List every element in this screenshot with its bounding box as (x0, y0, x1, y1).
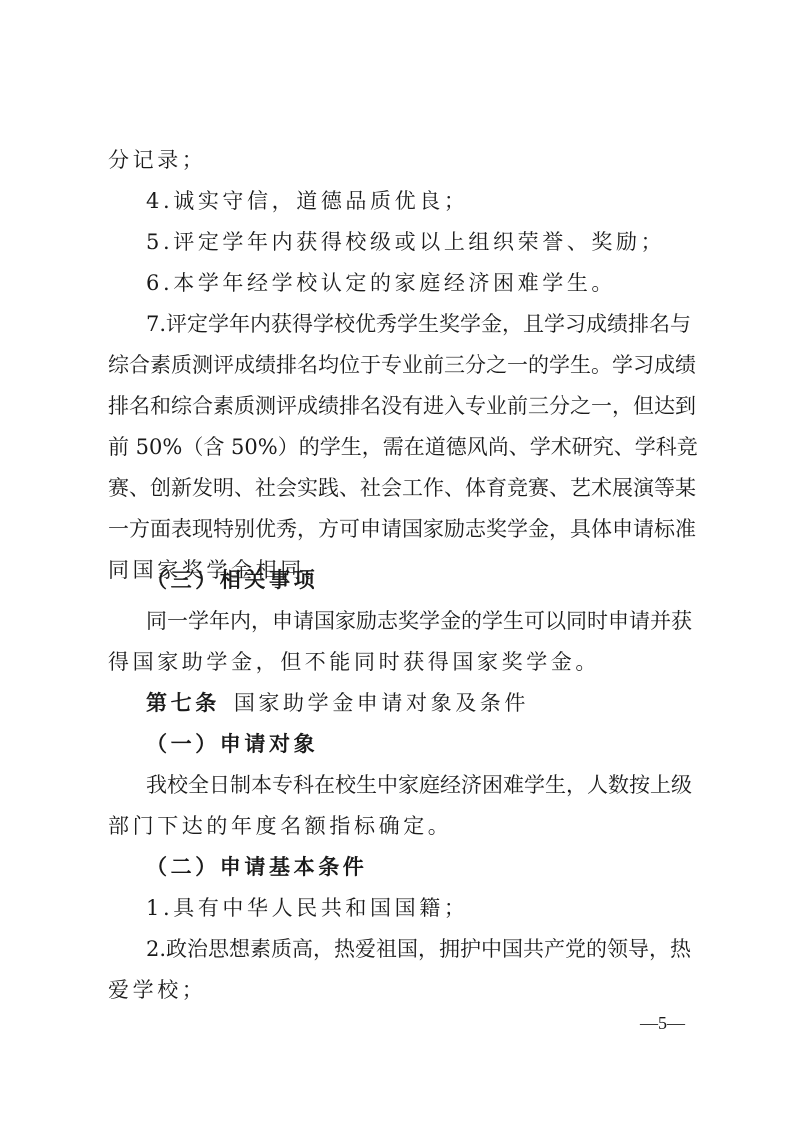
paragraph-line: 得国家助学金，但不能同时获得国家奖学金。 (108, 650, 688, 674)
paragraph-line: 前 50%（含 50%）的学生，需在道德风尚、学术研究、学科竞 (108, 435, 688, 459)
article-number: 第七条 (146, 691, 220, 715)
paragraph-line: 部门下达的年度名额指标确定。 (108, 814, 688, 838)
list-item-1: 1.具有中华人民共和国国籍； (146, 896, 726, 920)
section-heading-applicants: （一）申请对象 (146, 732, 726, 756)
paragraph-line: 赛、创新发明、社会实践、社会工作、体育竞赛、艺术展演等某 (108, 476, 688, 500)
article-heading: 第七条国家助学金申请对象及条件 (146, 691, 726, 715)
list-item-2: 2.政治思想素质高，热爱祖国，拥护中国共产党的领导，热 (146, 937, 688, 961)
paragraph-line: 排名和综合素质测评成绩排名没有进入专业前三分之一，但达到 (108, 394, 688, 418)
paragraph-line: 同一学年内，申请国家励志奖学金的学生可以同时申请并获 (146, 609, 688, 633)
paragraph-line: 爱学校； (108, 978, 688, 1002)
page-number: —5— (640, 1012, 685, 1034)
section-heading-related-matters: （三）相关事项 (146, 568, 726, 592)
document-page: 分记录； 4.诚实守信，道德品质优良； 5.评定学年内获得校级或以上组织荣誉、奖… (0, 0, 794, 1122)
paragraph-line: 一方面表现特别优秀，方可申请国家励志奖学金，具体申请标准 (108, 517, 688, 541)
list-item-4: 4.诚实守信，道德品质优良； (146, 189, 726, 213)
paragraph-line: 分记录； (108, 148, 688, 172)
paragraph-line: 我校全日制本专科在校生中家庭经济困难学生，人数按上级 (146, 773, 688, 797)
list-item-6: 6.本学年经学校认定的家庭经济困难学生。 (146, 271, 726, 295)
article-title: 国家助学金申请对象及条件 (234, 691, 529, 715)
paragraph-line: 综合素质测评成绩排名均位于专业前三分之一的学生。学习成绩 (108, 353, 688, 377)
list-item-7: 7.评定学年内获得学校优秀学生奖学金，且学习成绩排名与 (146, 312, 688, 336)
section-heading-basic-conditions: （二）申请基本条件 (146, 855, 726, 879)
list-item-5: 5.评定学年内获得校级或以上组织荣誉、奖励； (146, 230, 726, 254)
